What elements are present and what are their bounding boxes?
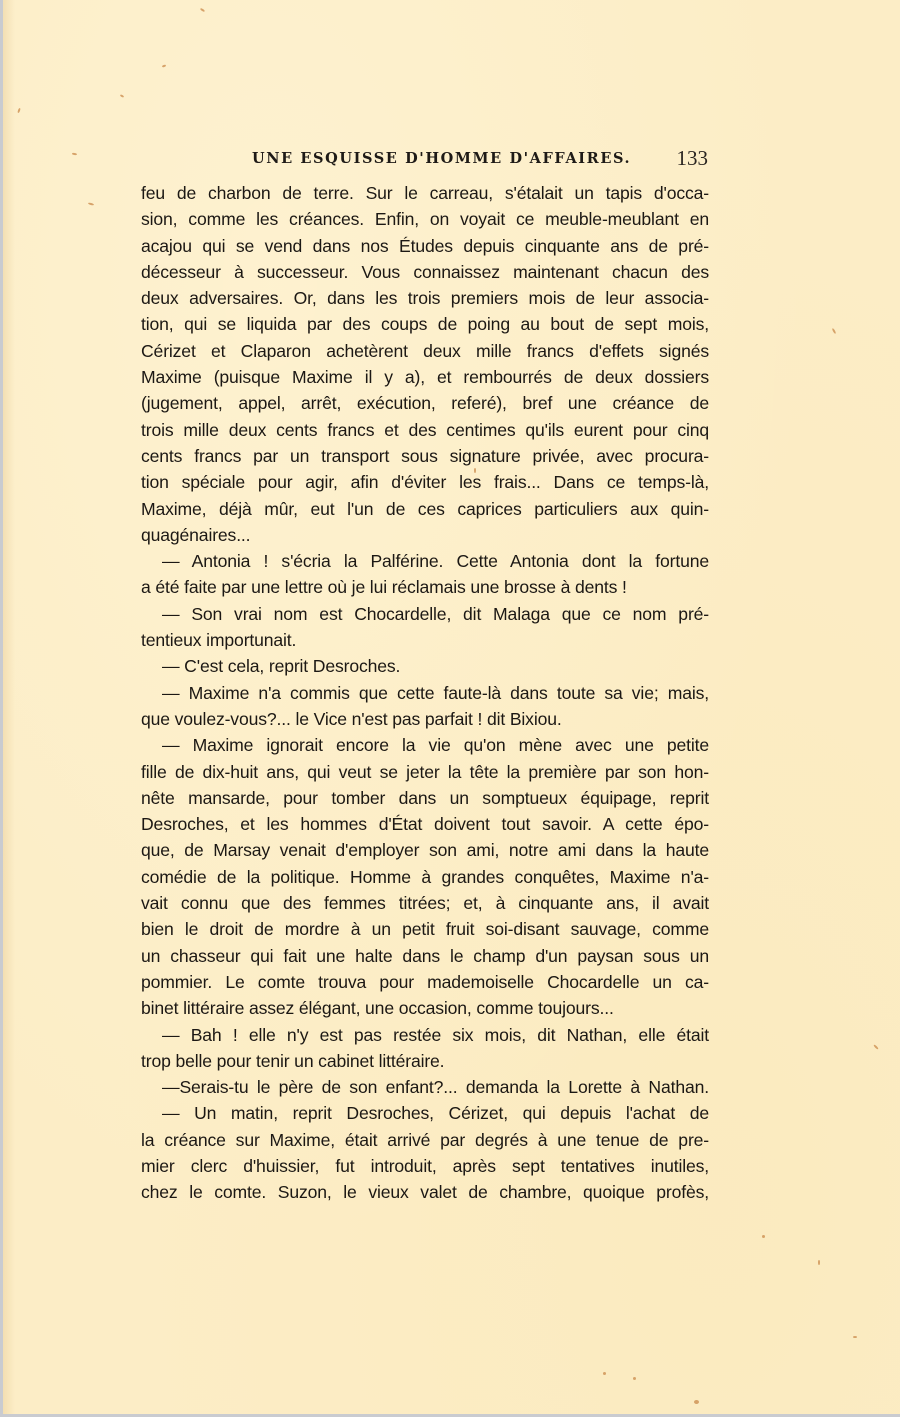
paper-speck — [120, 94, 124, 98]
page-gutter-shade — [3, 0, 15, 1417]
text-line: Cérizet et Claparon achetèrent deux mill… — [141, 338, 709, 364]
text-line: a été faite par une lettre où je lui réc… — [141, 574, 709, 600]
text-line: Maxime, déjà mûr, eut l'un de ces capric… — [141, 496, 709, 522]
paper-speck — [853, 1336, 857, 1338]
paper-speck — [162, 64, 166, 67]
text-line: — Maxime n'a commis que cette faute-là d… — [141, 680, 709, 706]
text-line: comédie de la politique. Homme à grandes… — [141, 864, 709, 890]
paper-speck — [832, 328, 837, 334]
paper-speck — [633, 1377, 636, 1380]
text-line: trois mille deux cents francs et des cen… — [141, 417, 709, 443]
text-line: décesseur à successeur. Vous connaissez … — [141, 259, 709, 285]
text-line: — Maxime ignorait encore la vie qu'on mè… — [141, 732, 709, 758]
book-page: UNE ESQUISSE D'HOMME D'AFFAIRES. 133 feu… — [0, 0, 900, 1417]
text-line: que, de Marsay venait d'employer son ami… — [141, 837, 709, 863]
paper-speck — [603, 1372, 606, 1375]
text-line: —Serais-tu le père de son enfant?... dem… — [141, 1074, 709, 1100]
paper-speck — [72, 153, 77, 156]
text-line: binet littéraire assez élégant, une occa… — [141, 995, 709, 1021]
text-line: vait connu que des femmes titrées; et, à… — [141, 890, 709, 916]
text-line: bien le droit de mordre à un petit fruit… — [141, 916, 709, 942]
text-line: tion spéciale pour agir, afin d'éviter l… — [141, 469, 709, 495]
text-line: pommier. Le comte trouva pour mademoisel… — [141, 969, 709, 995]
text-line: quagénaires... — [141, 522, 709, 548]
text-line: — Bah ! elle n'y est pas restée six mois… — [141, 1022, 709, 1048]
text-line: deux adversaires. Or, dans les trois pre… — [141, 285, 709, 311]
text-line: — C'est cela, reprit Desroches. — [141, 653, 709, 679]
text-line: tentieux importunait. — [141, 627, 709, 653]
text-line: Desroches, et les hommes d'État doivent … — [141, 811, 709, 837]
running-head: UNE ESQUISSE D'HOMME D'AFFAIRES. 133 — [252, 146, 708, 174]
body-text: feu de charbon de terre. Sur le carreau,… — [141, 180, 709, 1206]
paper-speck — [88, 202, 94, 205]
text-line: — Antonia ! s'écria la Palférine. Cette … — [141, 548, 709, 574]
text-line: — Son vrai nom est Chocardelle, dit Mala… — [141, 601, 709, 627]
text-line: chez le comte. Suzon, le vieux valet de … — [141, 1179, 709, 1205]
text-line: mier clerc d'huissier, fut introduit, ap… — [141, 1153, 709, 1179]
running-title: UNE ESQUISSE D'HOMME D'AFFAIRES. — [252, 150, 631, 167]
text-line: (jugement, appel, arrêt, exécution, refe… — [141, 390, 709, 416]
paper-speck — [873, 1044, 879, 1050]
text-line: Maxime (puisque Maxime il y a), et rembo… — [141, 364, 709, 390]
paper-speck — [17, 108, 21, 113]
text-line: acajou qui se vend dans nos Études depui… — [141, 233, 709, 259]
text-line: feu de charbon de terre. Sur le carreau,… — [141, 180, 709, 206]
text-line: — Un matin, reprit Desroches, Cérizet, q… — [141, 1100, 709, 1126]
text-line: un chasseur qui fait une halte dans le c… — [141, 943, 709, 969]
text-line: sion, comme les créances. Enfin, on voya… — [141, 206, 709, 232]
page-number: 133 — [677, 146, 709, 171]
text-line: nête mansarde, pour tomber dans un sompt… — [141, 785, 709, 811]
text-line: que voulez-vous?... le Vice n'est pas pa… — [141, 706, 709, 732]
paper-speck — [762, 1235, 765, 1238]
text-line: fille de dix-huit ans, qui veut se jeter… — [141, 759, 709, 785]
paper-speck — [200, 8, 205, 13]
paper-speck — [818, 1260, 820, 1265]
text-line: cents francs par un transport sous signa… — [141, 443, 709, 469]
text-line: tion, qui se liquida par des coups de po… — [141, 311, 709, 337]
text-line: la créance sur Maxime, était arrivé par … — [141, 1127, 709, 1153]
text-line: trop belle pour tenir un cabinet littéra… — [141, 1048, 709, 1074]
paper-speck — [694, 1400, 699, 1404]
